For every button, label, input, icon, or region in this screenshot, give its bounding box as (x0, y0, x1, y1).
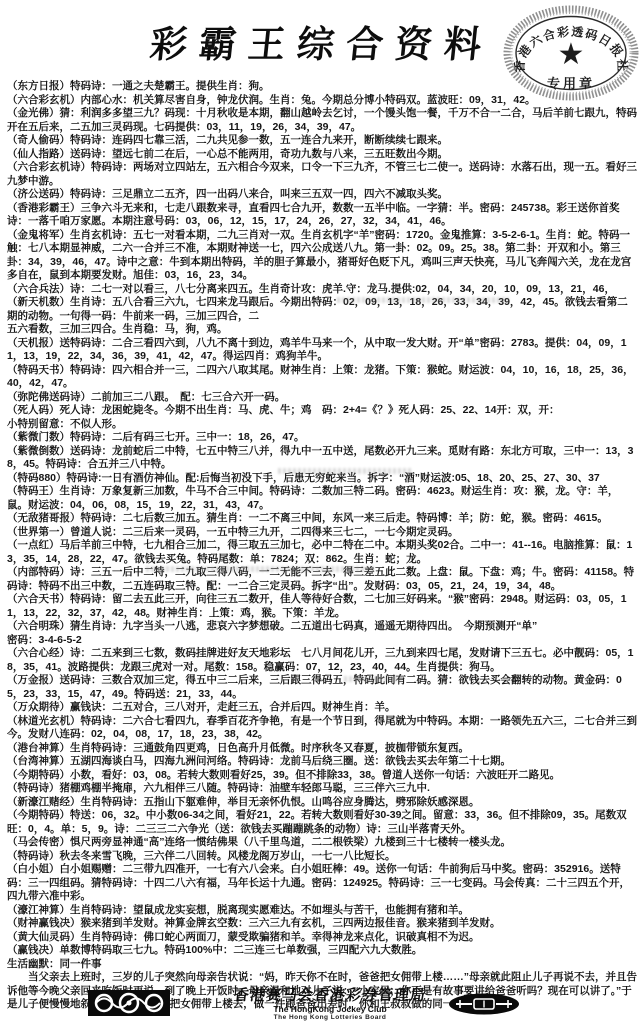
footer-chinese-title: 香港赛马会香港彩券管理局 (204, 984, 456, 1005)
lotteries-board-oval-logo (448, 993, 520, 1015)
text-line: （六合天书）特码诗：留二去五此三开，向往三五二数开，佳人等待好合数，二七加三好码… (7, 593, 638, 620)
text-line: （新濠江赌经）生肖特码诗：五指山下躯难伸，举目无亲怀仇恨。山鸣谷应身腾达，劈邪除… (7, 796, 638, 810)
text-line: （一点红）马后羊前三中特，七九相合三加二，得三取五三加七，必中二特在二中。本期头… (7, 539, 638, 566)
text-line: （六合彩玄机诗）特码诗：两场对立四站左，五六相合今双来，口令一下三九齐，不管三七… (7, 161, 638, 188)
text-line: （无敌猪哥报）特码诗：二七后数三加五。猜生肖：一二不离三中间，东风一来三后走。特… (7, 512, 638, 526)
text-line: （死人码）死人诗：龙困蛇毙冬。今期不出生肖：马、虎、牛；鸡 码：2+4=《？》死… (7, 404, 638, 431)
document-body: （东方日报）特码诗：一通之夫楚霸王。提供生肖：狗。（六合彩玄机）内部心水：机关算… (0, 72, 644, 971)
text-line: （特码天书）特码诗：四六相合并一三，二四六八取其尾。财神生肖：上策：龙猪。下策：… (7, 364, 638, 391)
text-line: （万金报）送码诗：三数合双加三定，得五中三二后来，三后跟三得码五，特码此间有二码… (7, 674, 638, 701)
text-line: （白小姐）白小姐赐赠：二三带九四准开，一七有六八会来。白小姐旺棒：49。送你一句… (7, 863, 638, 904)
text-line: 生活幽默：同一件事 (7, 958, 638, 972)
footer-english-subtitle: The Hong Kong Lotteries Board (205, 1014, 455, 1022)
stamp-seal-graphic: 香港六合彩透码日报社 ★ 专用章 (500, 4, 642, 102)
text-line: （奇人偷码）特码诗：连码四七靠三活，二九共见参一数，五一连合九来开，断断续续七跟… (7, 134, 638, 148)
text-line: （弥陀佛送码诗）二前加三二八跟。 配：七三合六开一码。 (7, 391, 638, 405)
text-line: （紫微门数）特码诗：二后有码三七开。三中一：18，26，47。 (7, 431, 638, 445)
text-line: （特码诗）猪棚鸡棚半掩扉，六九相伴三八随。特码诗：油壁车轻郎马聪，三三伴六三九中… (7, 782, 638, 796)
text-line: （新天机数）生肖诗：五八合看三六九，七四来龙马跟后。今期出特码：02，09，13… (7, 296, 638, 337)
text-line: （港台神算）生肖特码诗：三通鼓角四更鸡，日色高升月低微。时序秋冬又春夏，披枷带锁… (7, 742, 638, 756)
text-line: （赢钱决）单数博特码取三七九。特码100%中：二三连三七单数强，三四配六九大数胜… (7, 944, 638, 958)
watermark-artifact (146, 566, 374, 572)
text-line: （马会传密）惧尺两旁显神通“高”连络一惯结佛果（八千里鸟道，二二根铁梁）九楼到三… (7, 836, 638, 850)
watermark-artifact (344, 676, 404, 682)
text-line: （世界第一）曾道人说：二三后来一灵码，一五中特三九开，二四得来三七二，一七今期定… (7, 526, 638, 540)
footer-english-title: The HongKong Jockey Club (205, 1005, 455, 1014)
text-line: （林道光玄机）特码诗：二六合七看四九，春季百花齐争艳，有是一个节日到，得尾就为中… (7, 715, 638, 742)
text-line: （金光佛）猜：利润多多望三九？码现：十月秋收是本期，翻山越岭去乞讨，一个馒头饱一… (7, 107, 638, 134)
text-line: （仙人指路）送码诗：望远七前二在后，一心总不能两用，奇功九数与八来，三五旺数出今… (7, 148, 638, 162)
text-line: （特码王）生肖诗：万象复新三加数，牛马不合三中间。特码诗：二数加三特二码。密码：… (7, 485, 638, 512)
official-stamp: 香港六合彩透码日报社 ★ 专用章 (500, 4, 642, 102)
watermark-artifact (337, 297, 509, 303)
jockey-club-rect-logo (88, 990, 170, 1016)
text-line: （濠江神算）生肖特码诗：望鼠成龙实妄想，脱离现实愿难达。不如埋头与苦干，也能拥有… (7, 904, 638, 918)
footer-text-block: 香港赛马会香港彩券管理局 The HongKong Jockey Club Th… (205, 984, 455, 1022)
text-line: （今期特码）特送：06，32。中小数06-34之间，看好21，22。若转大数则看… (7, 809, 638, 836)
text-line: （台湾神算）五湖四海谈白马，四海九洲问河络。特码诗：龙前马后绕三圈。送：欲钱去买… (7, 755, 638, 769)
text-line: （金鬼将军）生肖玄机诗：五七一对看本期，二九三肖对一双。生肖玄机字“羊”密码：1… (7, 229, 638, 283)
text-line: （万众期待）赢钱诀：二五对合，三八对开，走赶三五，合并后四。财神生肖：羊。 (7, 701, 638, 715)
stamp-star-icon: ★ (558, 38, 585, 71)
watermark-artifact (278, 468, 413, 474)
footer: 香港赛马会香港彩券管理局 The HongKong Jockey Club Th… (0, 984, 644, 1022)
text-line: （黄大仙灵码）生肖特码诗：佛口蛇心两面刀，蒙受欺骗猪和羊。幸得神龙来点化，识破真… (7, 931, 638, 945)
text-line: （六合心经）诗：二五来到三七数，数码挂牌进好友天地彩坛 七八月间花儿开，三九到来… (7, 647, 638, 674)
text-line: （六合明珠）猜生肖诗：九字当头一八逃，悲哀六字梦想破。二五道出七码真，遥遥无期待… (7, 620, 638, 647)
text-line: （香港彩霸王）三争六斗无来和，七走八跟数来寻，直看四七合九开，数数一五半中临。一… (7, 202, 638, 229)
stamp-bottom-text: 专用章 (547, 76, 595, 91)
text-line: （天机报）送特码诗：二合三看四六到，八九不离十到边，鸡羊牛马来一个，从中取一发大… (7, 337, 638, 364)
text-line: （济公送码）特码诗：三足鼎立二五齐，四一出码八来合，叫来三五双一四，四六不减取头… (7, 188, 638, 202)
text-line: （六合兵法）诗：二七一对以看三，八七分离来四五。生肖奇计攻：虎羊.守：龙马.提供… (7, 283, 638, 297)
text-line: （特码诗）秋去冬来雪飞晚，三六伴二八回转。风楼龙阁万岁山，一七一八比短长。 (7, 850, 638, 864)
text-line: （今期特码）小数，看好：03，08。若转大数则看好25，39。但不排除33，38… (7, 769, 638, 783)
text-line: （财神赢钱决）猴来猪到羊发财。神算金牌玄空数：三六三九有玄机，三四两边报佳音。猴… (7, 917, 638, 931)
